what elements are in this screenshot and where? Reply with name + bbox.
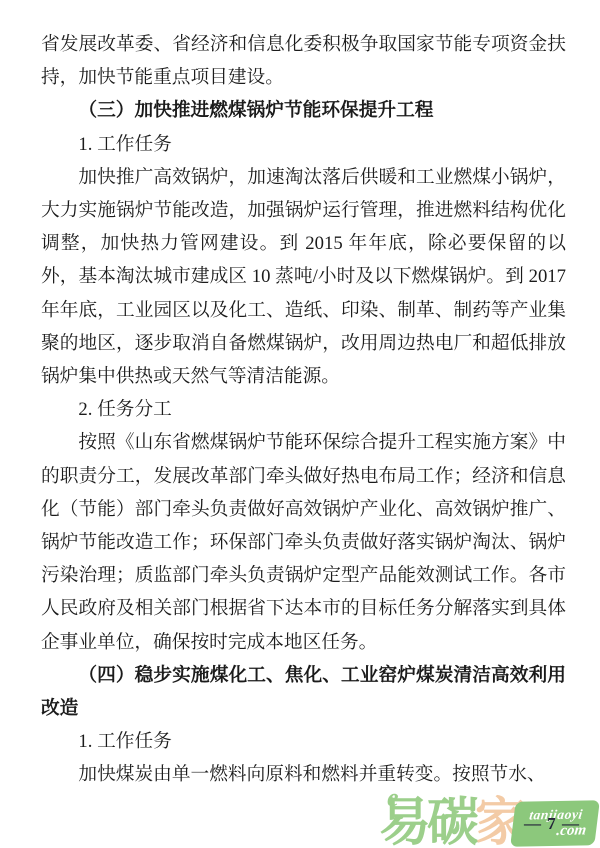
paragraph-coal-transition: 加快煤炭由单一燃料向原料和燃料并重转变。按照节水、 <box>41 758 566 791</box>
watermark-char-tan: 碳 <box>427 799 475 848</box>
page-number: — 7 — <box>524 814 580 834</box>
document-body: 省发展改革委、省经济和信息化委积极争取国家节能专项资金扶持，加快节能重点项目建设… <box>41 0 566 792</box>
subsection-label-task-division: 2. 任务分工 <box>41 393 566 426</box>
section-heading-4: （四）稳步实施煤化工、焦化、工业窑炉煤炭清洁高效利用改造 <box>41 659 566 725</box>
subsection-label-work-tasks-2: 1. 工作任务 <box>41 725 566 758</box>
paragraph-boiler-tasks: 加快推广高效锅炉，加速淘汰落后供暖和工业燃煤小锅炉，大力实施锅炉节能改造，加强锅… <box>41 161 566 393</box>
paragraph-continuation: 省发展改革委、省经济和信息化委积极争取国家节能专项资金扶持，加快节能重点项目建设… <box>41 28 566 94</box>
section-heading-3: （三）加快推进燃煤锅炉节能环保提升工程 <box>41 94 566 127</box>
document-page: 省发展改革委、省经济和信息化委积极争取国家节能专项资金扶持，加快节能重点项目建设… <box>0 0 600 848</box>
subsection-label-work-tasks-1: 1. 工作任务 <box>41 128 566 161</box>
paragraph-task-division: 按照《山东省燃煤锅炉节能环保综合提升工程实施方案》中的职责分工，发展改革部门牵头… <box>41 426 566 658</box>
logo-flourish-e: e <box>387 785 399 811</box>
